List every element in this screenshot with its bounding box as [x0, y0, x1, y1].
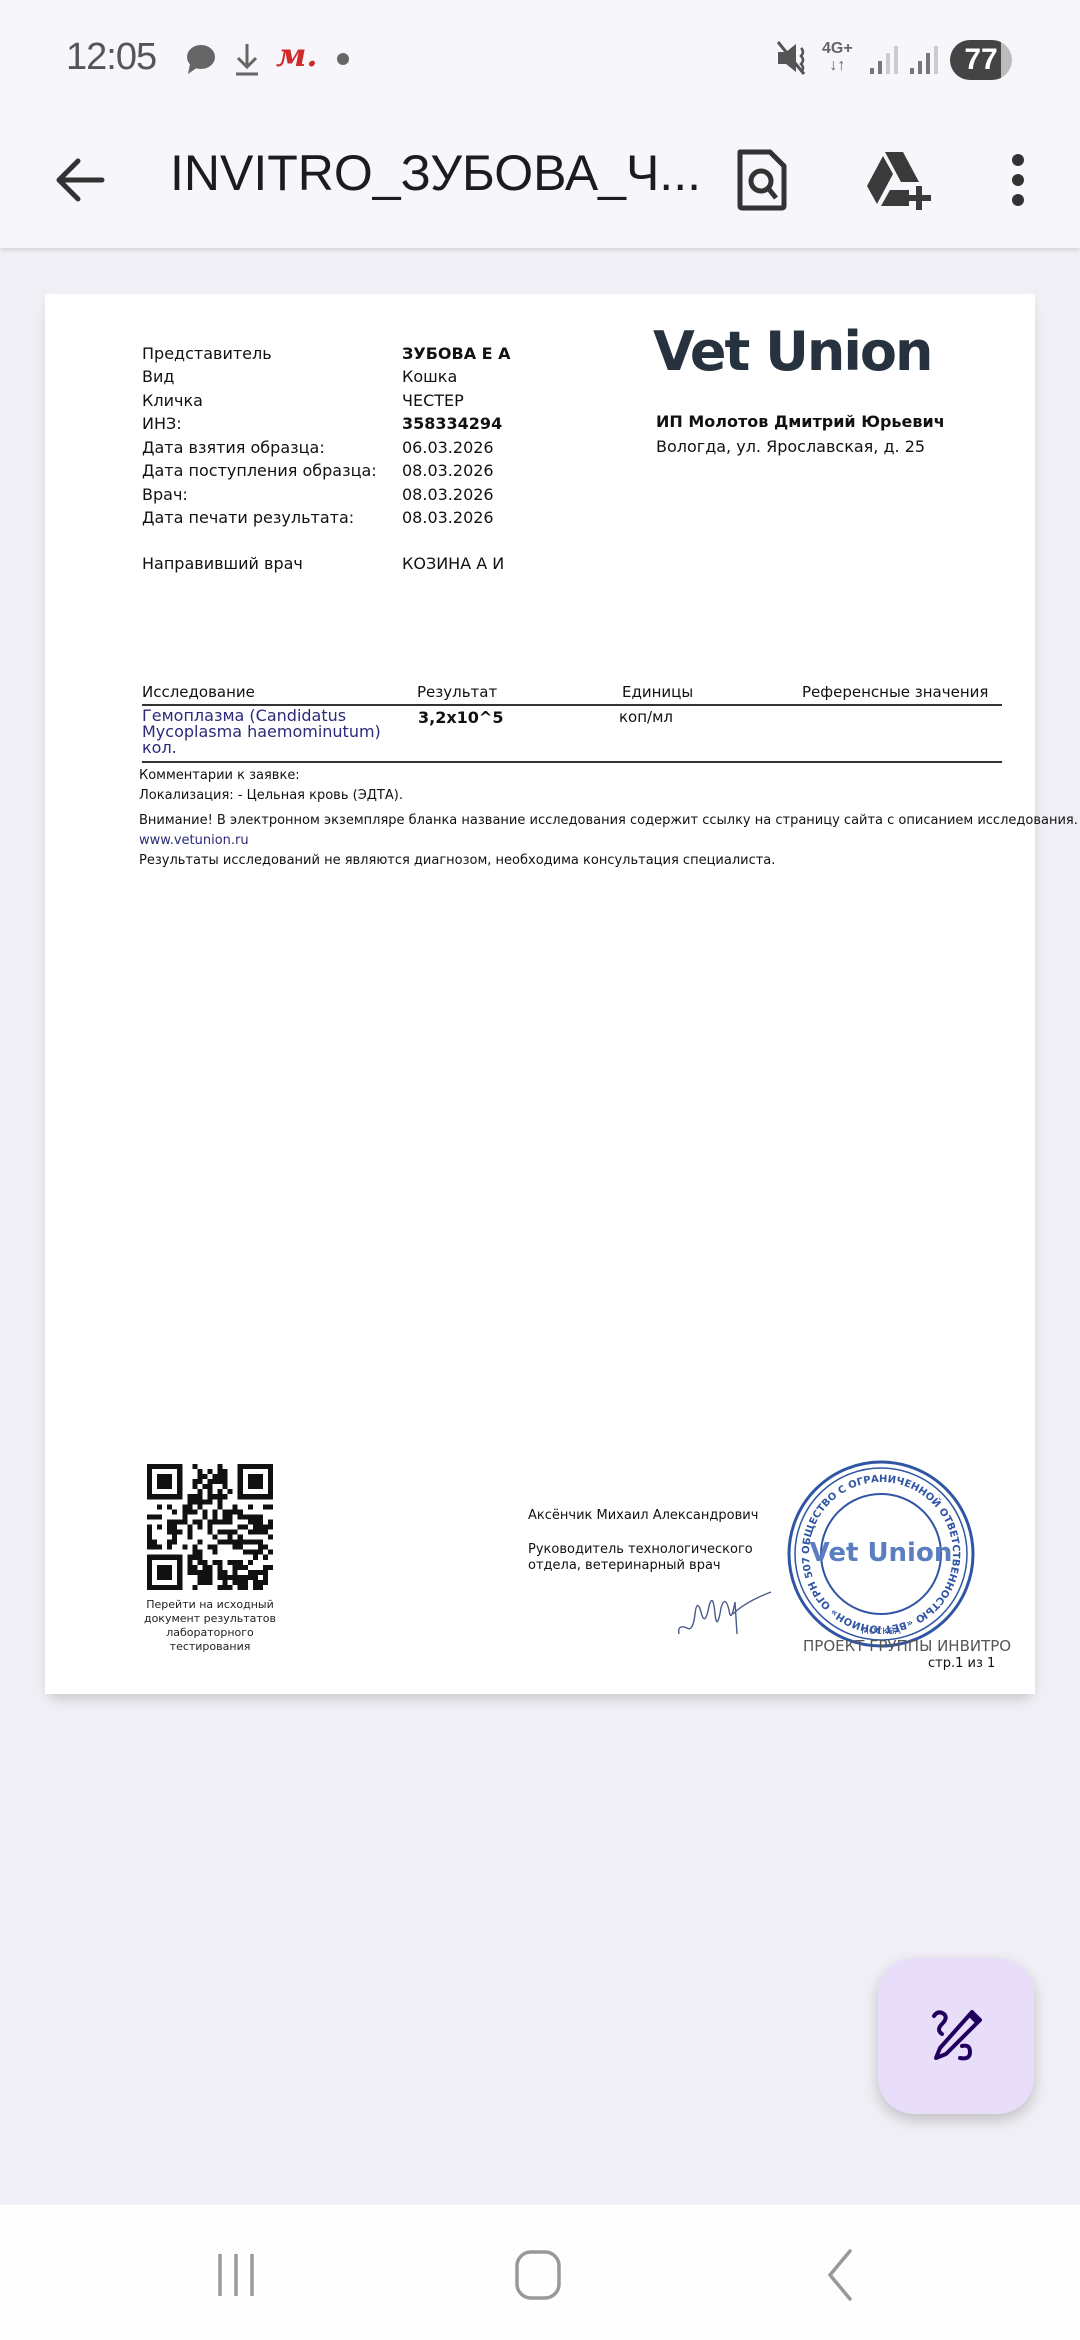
page-indicator: стр.1 из 1	[928, 1656, 995, 1671]
table-header: Результат	[417, 683, 497, 701]
info-label: Врач:	[142, 485, 188, 504]
metro-icon: м.	[276, 36, 318, 74]
localization-note: Локализация: - Цельная кровь (ЭДТА).	[139, 788, 403, 803]
system-navigation-bar	[0, 2205, 1080, 2340]
back-button[interactable]	[790, 2235, 890, 2315]
table-header: Референсные значения	[802, 683, 988, 701]
info-value: 358334294	[402, 414, 502, 433]
website-link[interactable]: www.vetunion.ru	[139, 833, 249, 848]
info-value: 08.03.2026	[402, 461, 494, 480]
stamp-center-text: Vet Union	[810, 1538, 953, 1568]
annotate-fab[interactable]	[878, 1958, 1034, 2114]
result-units: коп/мл	[619, 708, 673, 726]
info-value: ЗУБОВА Е А	[402, 344, 511, 363]
document-search-icon	[734, 148, 790, 212]
signature-image	[675, 1584, 775, 1644]
qr-caption: Перейти на исходный документ результатов…	[135, 1598, 285, 1654]
comments-label: Комментарии к заявке:	[139, 768, 300, 783]
organization-stamp: ОБЩЕСТВО С ОГРАНИЧЕННОЙ ОТВЕТСТВЕННОСТЬЮ…	[786, 1459, 976, 1649]
signer-position: Руководитель технологического	[528, 1542, 753, 1557]
project-label: ПРОЕКТ ГРУППЫ ИНВИТРО	[803, 1637, 1011, 1655]
result-value: 3,2x10^5	[418, 708, 503, 727]
document-page[interactable]: Представитель ЗУБОВА Е А Вид Кошка Кличк…	[45, 294, 1035, 1694]
table-header: Единицы	[622, 683, 693, 701]
battery-icon: 77	[950, 40, 1012, 80]
qr-code[interactable]	[147, 1464, 273, 1590]
message-icon	[184, 42, 218, 76]
info-label: Представитель	[142, 344, 272, 363]
table-header: Исследование	[142, 683, 255, 701]
find-in-document-button[interactable]	[722, 140, 802, 220]
recent-apps-button[interactable]	[186, 2235, 286, 2315]
signal-icon	[908, 44, 940, 76]
stamp-city: МОСКВА	[861, 1627, 902, 1637]
referring-doctor-label: Направивший врач	[142, 554, 303, 573]
status-time: 12:05	[66, 36, 156, 79]
info-value: Кошка	[402, 367, 457, 386]
notice-text: Внимание! В электронном экземпляре бланк…	[139, 813, 1078, 828]
more-options-button[interactable]	[978, 140, 1058, 220]
network-4g-icon: 4G+↓↑	[822, 40, 853, 74]
info-label: Вид	[142, 367, 174, 386]
info-label: Дата печати результата:	[142, 508, 354, 527]
drive-add-icon	[863, 150, 933, 210]
back-chevron-icon	[822, 2248, 858, 2302]
clinic-name: ИП Молотов Дмитрий Юрьевич	[656, 412, 945, 431]
info-label: ИНЗ:	[142, 414, 182, 433]
test-name-link[interactable]: Гемоплазма (Candidatus Mycoplasma haemom…	[142, 708, 381, 756]
info-value: 06.03.2026	[402, 438, 494, 457]
disclaimer-text: Результаты исследований не являются диаг…	[139, 853, 775, 868]
info-value: 08.03.2026	[402, 508, 494, 527]
info-value: ЧЕСТЕР	[402, 391, 464, 410]
home-button[interactable]	[488, 2235, 588, 2315]
signal-icon	[868, 44, 900, 76]
vet-union-logo: Vet Union	[653, 320, 931, 383]
download-icon	[232, 42, 262, 78]
info-label: Кличка	[142, 391, 203, 410]
app-bar: INVITRO_ЗУБОВА_Ч...	[0, 120, 1080, 248]
info-value: 08.03.2026	[402, 485, 494, 504]
add-to-drive-button[interactable]	[858, 140, 938, 220]
recent-apps-icon	[214, 2250, 258, 2300]
referring-doctor-value: КОЗИНА А И	[402, 554, 504, 573]
info-label: Дата взятия образца:	[142, 438, 325, 457]
signer-name: Аксёнчик Михаил Александрович	[528, 1508, 758, 1523]
mute-icon	[774, 38, 814, 78]
signer-position: отдела, ветеринарный врач	[528, 1558, 721, 1573]
table-footer-divider	[142, 761, 1002, 763]
clinic-address: Вологда, ул. Ярославская, д. 25	[656, 437, 925, 456]
draw-annotate-icon	[928, 2008, 984, 2064]
info-label: Дата поступления образца:	[142, 461, 377, 480]
home-icon	[513, 2249, 563, 2301]
status-bar: 12:05 м. 4G+↓↑ 77	[0, 0, 1080, 120]
back-arrow-icon[interactable]	[50, 150, 110, 210]
document-title: INVITRO_ЗУБОВА_Ч...	[170, 144, 701, 202]
dot-icon	[336, 52, 350, 66]
more-vertical-icon	[1010, 152, 1026, 208]
